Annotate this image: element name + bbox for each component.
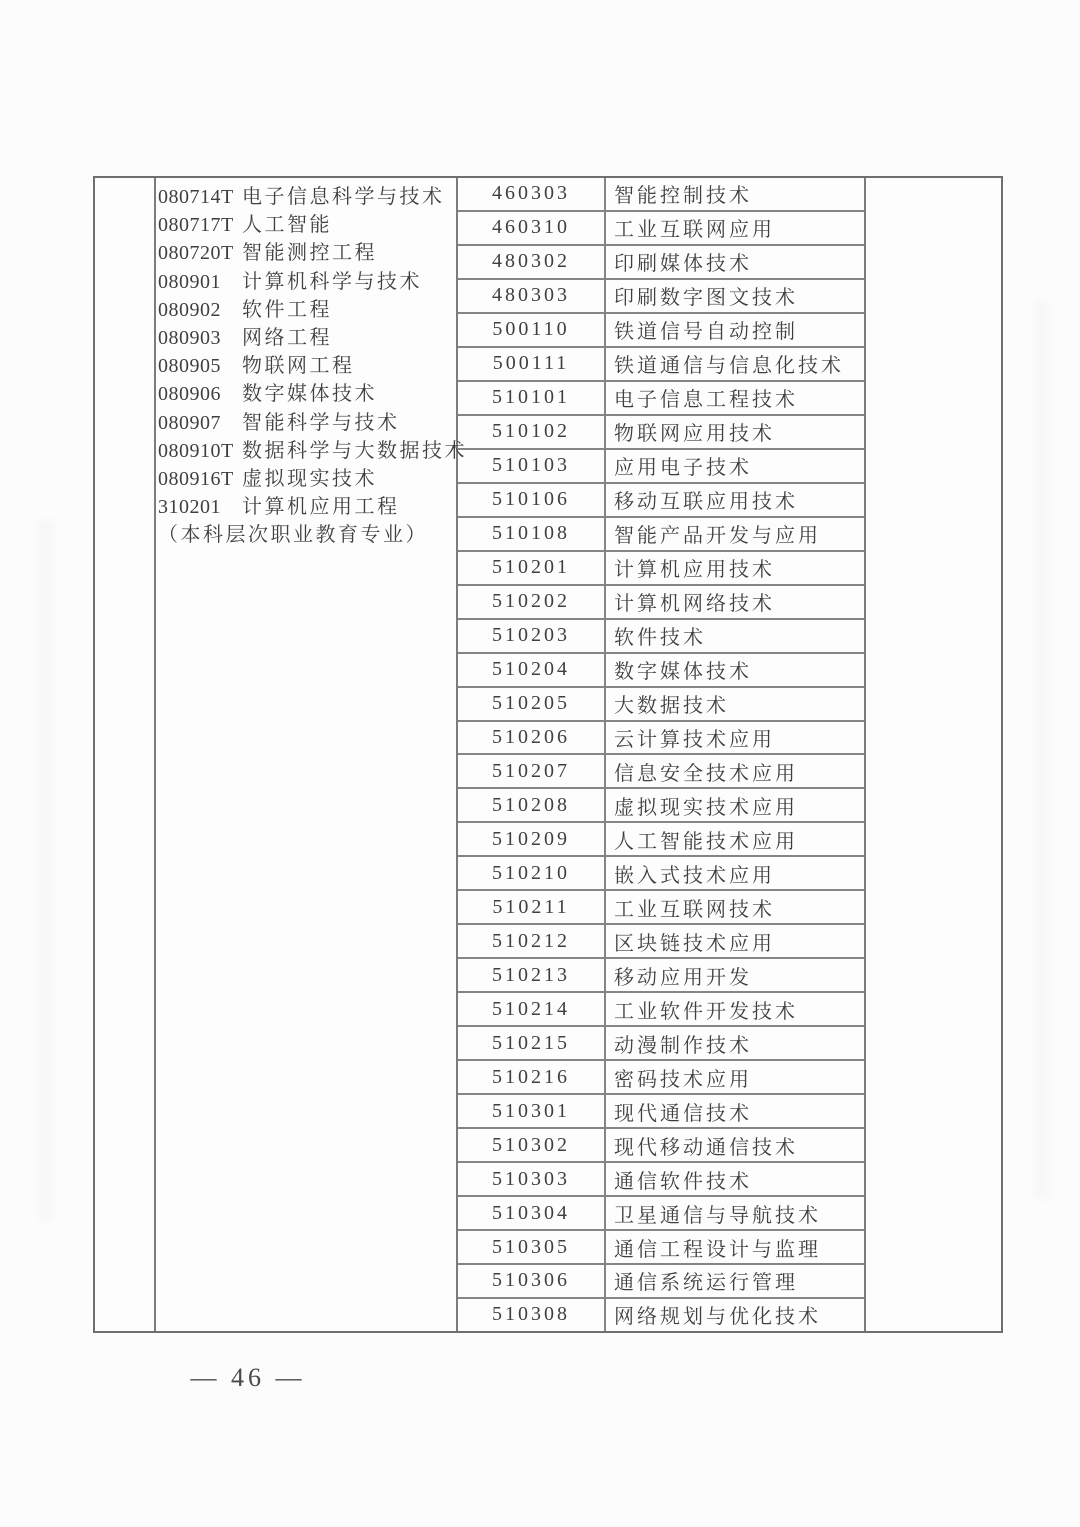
specialty-code-cell: 510204 [458,654,606,686]
undergrad-major-line: 080906数字媒体技术 [158,380,454,408]
specialty-name-cell: 通信系统运行管理 [606,1265,864,1297]
document-page: 080714T电子信息科学与技术080717T人工智能080720T智能测控工程… [0,0,1080,1527]
major-code: 080714T [158,183,242,211]
specialty-code-cell: 510205 [458,688,606,720]
undergrad-note-line: （本科层次职业教育专业） [158,521,454,549]
specialty-name-cell: 通信工程设计与监理 [606,1231,864,1263]
table-row: 510211工业互联网技术 [458,891,864,925]
specialty-name-cell: 工业互联网应用 [606,212,864,244]
undergrad-major-line: 080905物联网工程 [158,352,454,380]
specialty-code-cell: 510207 [458,755,606,787]
specialty-name-cell: 智能控制技术 [606,178,864,210]
specialty-code-cell: 510306 [458,1265,606,1297]
table-row: 510210嵌入式技术应用 [458,857,864,891]
specialty-name-cell: 铁道信号自动控制 [606,314,864,346]
table-row: 510209人工智能技术应用 [458,823,864,857]
specialty-code-cell: 510211 [458,891,606,923]
table-row: 510216密码技术应用 [458,1061,864,1095]
table-row: 510201计算机应用技术 [458,552,864,586]
undergrad-major-line: 080910T数据科学与大数据技术 [158,437,454,465]
undergrad-major-line: 080916T虚拟现实技术 [158,465,454,493]
table-row: 510215动漫制作技术 [458,1027,864,1061]
vocational-majors-columns: 460303智能控制技术460310工业互联网应用480302印刷媒体技术480… [458,178,866,1331]
major-name: 虚拟现实技术 [242,468,377,490]
undergrad-major-line: 080720T智能测控工程 [158,239,454,267]
undergrad-major-line: 080903网络工程 [158,324,454,352]
specialty-code-cell: 480303 [458,280,606,312]
specialty-code-cell: 480302 [458,246,606,278]
table-row: 510212区块链技术应用 [458,925,864,959]
major-code: 080901 [158,268,242,296]
specialty-code-cell: 460310 [458,212,606,244]
major-name: 计算机科学与技术 [242,271,422,293]
specialty-name-cell: 计算机应用技术 [606,552,864,584]
table-row: 500111铁道通信与信息化技术 [458,348,864,382]
table-row: 500110铁道信号自动控制 [458,314,864,348]
specialty-code-cell: 510308 [458,1299,606,1331]
specialty-name-cell: 计算机网络技术 [606,586,864,618]
major-code: 080910T [158,437,242,465]
specialty-code-cell: 510305 [458,1231,606,1263]
specialty-code-cell: 510103 [458,450,606,482]
table-row: 510106移动互联应用技术 [458,484,864,518]
specialty-name-cell: 网络规划与优化技术 [606,1299,864,1331]
specialty-code-cell: 510216 [458,1061,606,1093]
specialty-code-cell: 510212 [458,925,606,957]
table-row: 510206云计算技术应用 [458,722,864,756]
major-code: 310201 [158,493,242,521]
table-row: 510302现代移动通信技术 [458,1129,864,1163]
major-name: 数字媒体技术 [242,383,377,405]
major-code: 080903 [158,324,242,352]
major-name: 电子信息科学与技术 [242,186,445,208]
specialty-code-cell: 510215 [458,1027,606,1059]
undergrad-major-line: 080901计算机科学与技术 [158,268,454,296]
specialty-name-cell: 移动互联应用技术 [606,484,864,516]
specialty-name-cell: 通信软件技术 [606,1163,864,1195]
specialty-code-cell: 510208 [458,789,606,821]
specialty-code-cell: 500110 [458,314,606,346]
specialty-code-cell: 510303 [458,1163,606,1195]
undergrad-major-line: 310201计算机应用工程 [158,493,454,521]
specialty-name-cell: 现代通信技术 [606,1095,864,1127]
table-row: 510304卫星通信与导航技术 [458,1197,864,1231]
major-name: 软件工程 [242,299,332,321]
specialty-code-cell: 510108 [458,518,606,550]
specialty-name-cell: 嵌入式技术应用 [606,857,864,889]
table-row: 510213移动应用开发 [458,959,864,993]
major-code: 080902 [158,296,242,324]
major-code: 080907 [158,409,242,437]
empty-right-column-cell [866,178,1001,1331]
specialty-code-cell: 510304 [458,1197,606,1229]
specialty-name-cell: 电子信息工程技术 [606,382,864,414]
table-row: 510103应用电子技术 [458,450,864,484]
table-row: 510102物联网应用技术 [458,416,864,450]
specialty-name-cell: 智能产品开发与应用 [606,518,864,550]
specialty-name-cell: 印刷媒体技术 [606,246,864,278]
major-code: 080717T [158,211,242,239]
table-row: 510101电子信息工程技术 [458,382,864,416]
specialty-name-cell: 铁道通信与信息化技术 [606,348,864,380]
specialty-code-cell: 510203 [458,620,606,652]
table-row: 510308网络规划与优化技术 [458,1299,864,1331]
major-name: 网络工程 [242,327,332,349]
table-row: 510203软件技术 [458,620,864,654]
specialty-name-cell: 密码技术应用 [606,1061,864,1093]
specialty-name-cell: 大数据技术 [606,688,864,720]
table-row: 510303通信软件技术 [458,1163,864,1197]
specialty-name-cell: 信息安全技术应用 [606,755,864,787]
specialty-code-cell: 510101 [458,382,606,414]
specialty-code-cell: 510102 [458,416,606,448]
scan-streak-artifact [1035,300,1049,1200]
major-name: 计算机应用工程 [242,496,400,518]
major-name: 智能科学与技术 [242,412,400,434]
page-number: — 46 — [138,1363,358,1393]
specialty-name-cell: 应用电子技术 [606,450,864,482]
specialty-name-cell: 移动应用开发 [606,959,864,991]
specialty-code-cell: 510213 [458,959,606,991]
table-row: 510208虚拟现实技术应用 [458,789,864,823]
table-row: 510205大数据技术 [458,688,864,722]
table-row: 460303智能控制技术 [458,178,864,212]
table-row: 510202计算机网络技术 [458,586,864,620]
specialty-name-cell: 工业软件开发技术 [606,993,864,1025]
major-name: 物联网工程 [242,355,355,377]
specialty-name-cell: 云计算技术应用 [606,722,864,754]
table-row: 460310工业互联网应用 [458,212,864,246]
major-name: 智能测控工程 [242,242,377,264]
specialty-code-cell: 510202 [458,586,606,618]
majors-table: 080714T电子信息科学与技术080717T人工智能080720T智能测控工程… [93,176,1003,1333]
specialty-name-cell: 人工智能技术应用 [606,823,864,855]
major-code: 080720T [158,239,242,267]
major-code: 080916T [158,465,242,493]
table-row: 480302印刷媒体技术 [458,246,864,280]
specialty-code-cell: 510301 [458,1095,606,1127]
specialty-code-cell: 510209 [458,823,606,855]
specialty-code-cell: 510206 [458,722,606,754]
note-text: （本科层次职业教育专业） [158,524,428,546]
empty-left-column-cell [95,178,156,1331]
specialty-name-cell: 数字媒体技术 [606,654,864,686]
specialty-name-cell: 软件技术 [606,620,864,652]
specialty-name-cell: 物联网应用技术 [606,416,864,448]
specialty-name-cell: 卫星通信与导航技术 [606,1197,864,1229]
specialty-name-cell: 现代移动通信技术 [606,1129,864,1161]
scan-streak-artifact [38,520,54,1220]
undergrad-major-line: 080717T人工智能 [158,211,454,239]
major-name: 数据科学与大数据技术 [242,440,467,462]
table-row: 510214工业软件开发技术 [458,993,864,1027]
specialty-name-cell: 动漫制作技术 [606,1027,864,1059]
undergrad-major-line: 080907智能科学与技术 [158,409,454,437]
major-code: 080906 [158,380,242,408]
specialty-code-cell: 510210 [458,857,606,889]
major-code: 080905 [158,352,242,380]
table-row: 480303印刷数字图文技术 [458,280,864,314]
table-row: 510306通信系统运行管理 [458,1265,864,1299]
specialty-name-cell: 虚拟现实技术应用 [606,789,864,821]
undergrad-major-line: 080714T电子信息科学与技术 [158,183,454,211]
specialty-name-cell: 工业互联网技术 [606,891,864,923]
major-name: 人工智能 [242,214,332,236]
table-row: 510108智能产品开发与应用 [458,518,864,552]
specialty-code-cell: 500111 [458,348,606,380]
specialty-code-cell: 510106 [458,484,606,516]
specialty-name-cell: 印刷数字图文技术 [606,280,864,312]
specialty-code-cell: 510302 [458,1129,606,1161]
undergraduate-majors-cell: 080714T电子信息科学与技术080717T人工智能080720T智能测控工程… [156,178,458,1331]
specialty-code-cell: 460303 [458,178,606,210]
table-row: 510204数字媒体技术 [458,654,864,688]
specialty-code-cell: 510214 [458,993,606,1025]
table-row: 510207信息安全技术应用 [458,755,864,789]
table-row: 510305通信工程设计与监理 [458,1231,864,1265]
specialty-code-cell: 510201 [458,552,606,584]
table-row: 510301现代通信技术 [458,1095,864,1129]
specialty-name-cell: 区块链技术应用 [606,925,864,957]
undergrad-major-line: 080902软件工程 [158,296,454,324]
